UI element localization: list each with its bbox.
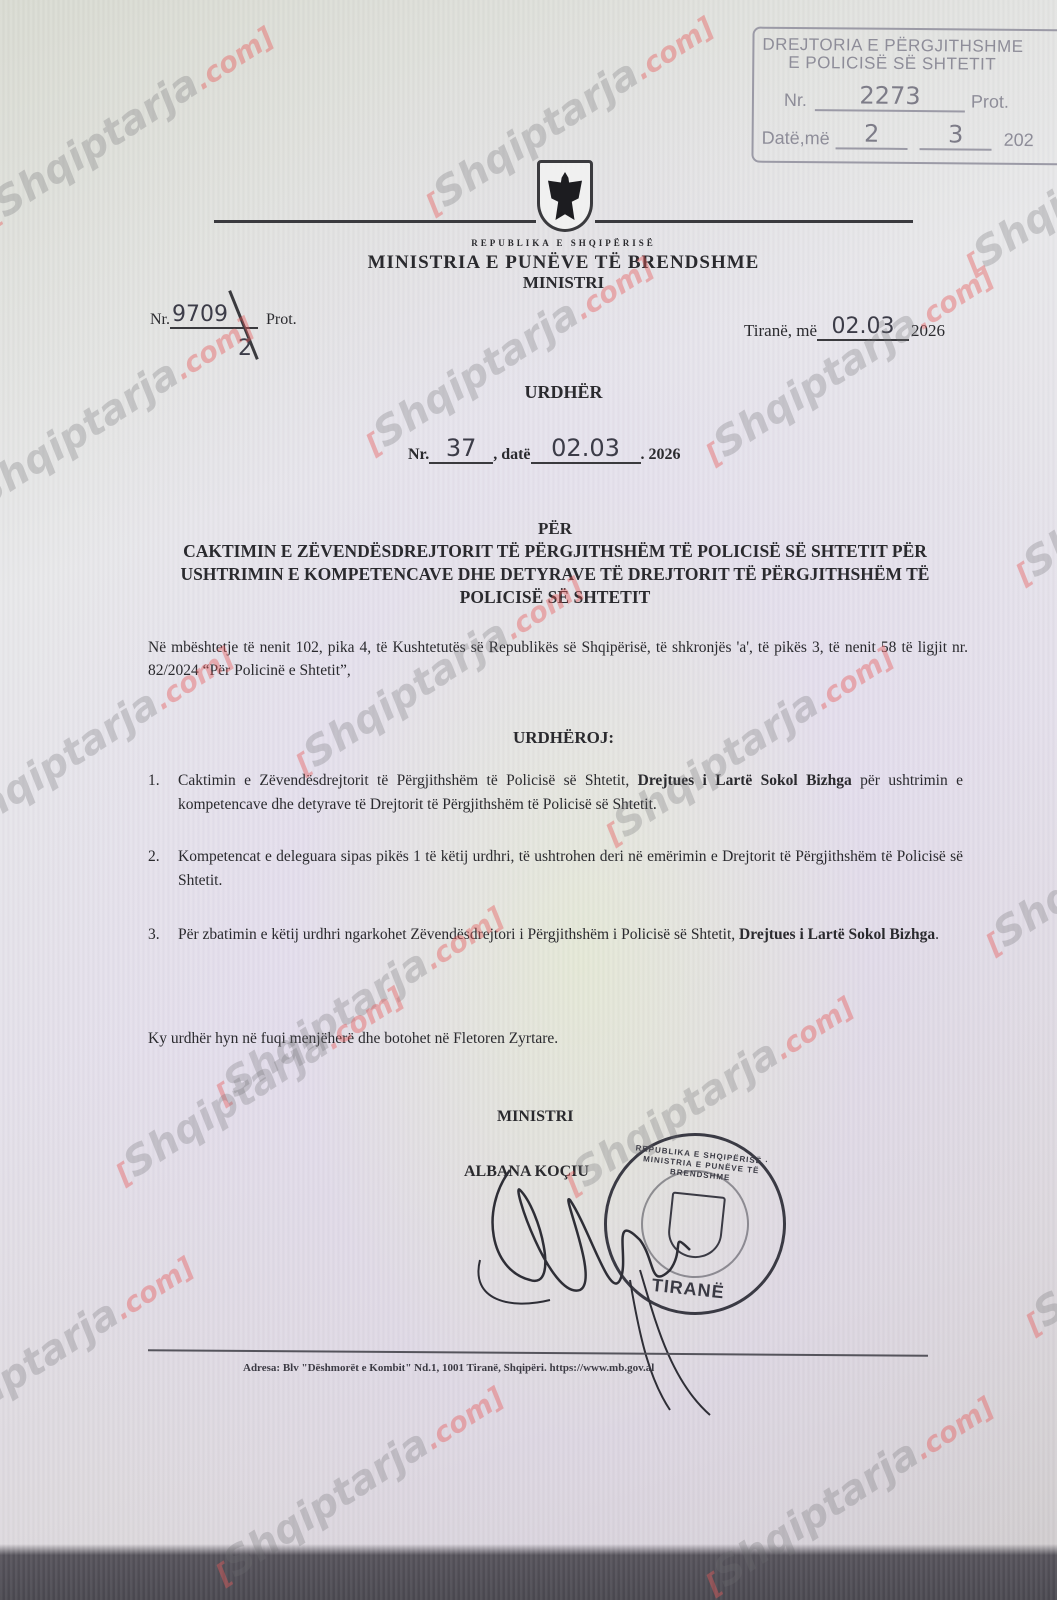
protocol-number: Nr. 9709 2 Prot. (150, 302, 297, 329)
decree-heading: URDHËROJ: (70, 728, 1057, 748)
stamp-date-label: Datë,më (762, 128, 830, 150)
official-seal: REPUBLIKA E SHQIPËRISË · MINISTRIA E PUN… (595, 1124, 795, 1324)
subject-text: CAKTIMIN E ZËVENDËSDREJTORIT TË PËRGJITH… (150, 540, 960, 609)
protocol-nr-sub: 2 (238, 336, 252, 361)
point-text-bold: Drejtues i Lartë Sokol Bizhga (739, 926, 935, 943)
decree-point: 3. Për zbatimin e këtij urdhri ngarkohet… (148, 923, 963, 947)
order-date-label: , datë (493, 446, 530, 464)
point-text-pre: Për zbatimin e këtij urdhri ngarkohet Zë… (178, 926, 739, 943)
stamp-nr-value: 2273 (815, 81, 965, 112)
decree-point: 1. Caktimin e Zëvendësdrejtorit të Përgj… (148, 769, 963, 817)
watermark: [Shqiptarja.com] (1015, 1122, 1057, 1344)
stamp-date-month: 3 (920, 120, 992, 151)
albanian-eagle-emblem-icon (537, 160, 593, 232)
point-text-pre: Caktimin e Zëvendësdrejtorit të Përgjith… (178, 772, 638, 789)
protocol-nr-label: Nr. (150, 311, 170, 329)
office-name: MINISTRI (70, 273, 1057, 293)
point-text-pre: Kompetencat e deleguara sipas pikës 1 të… (178, 848, 963, 889)
closing-statement: Ky urdhër hyn në fuqi menjëherë dhe boto… (148, 1030, 558, 1048)
stamp-date-day: 2 (836, 119, 908, 150)
watermark: [Shqiptarja.com] (0, 1242, 201, 1464)
stamp-nr-row: Nr. 2273 Prot. (762, 81, 1057, 114)
watermark: [Shqiptarja.com] (0, 302, 261, 524)
subject-per: PËR (150, 517, 960, 540)
received-stamp: DREJTORIA E PËRGJITHSHME E POLICISË SË S… (751, 27, 1057, 166)
watermark: [Shqiptarja.com] (205, 1372, 512, 1594)
watermark: [Shqiptarja.com] (105, 972, 412, 1194)
place-date-value: 02.03 (817, 314, 909, 341)
signatory-name: ALBANA KOÇIU (464, 1163, 589, 1181)
order-nr-value: 37 (429, 434, 493, 464)
watermark: [Shqiptarja.com] (695, 1382, 1002, 1600)
order-date-value: 02.03 (531, 434, 641, 464)
point-number: 2. (148, 845, 178, 893)
point-number: 1. (148, 769, 178, 817)
decree-points: 1. Caktimin e Zëvendësdrejtorit të Përgj… (148, 769, 963, 977)
stamp-prot-label: Prot. (971, 92, 1009, 113)
place-date-year: 2026 (911, 321, 945, 341)
watermark: [Shqiptarja.com] (0, 12, 281, 234)
eagle-icon (548, 172, 582, 220)
point-text: Kompetencat e deleguara sipas pikës 1 të… (178, 845, 963, 893)
footer-address: Adresa: Blv "Dëshmorët e Kombit" Nd.1, 1… (243, 1362, 654, 1374)
stamp-date-year: 202 (1004, 130, 1034, 151)
footer-divider (148, 1349, 928, 1356)
ministry-name: MINISTRIA E PUNËVE TË BRENDSHME (70, 252, 1057, 274)
point-text-bold: Drejtues i Lartë Sokol Bizhga (638, 772, 852, 789)
decree-point: 2. Kompetencat e deleguara sipas pikës 1… (148, 845, 963, 893)
point-text: Caktimin e Zëvendësdrejtorit të Përgjith… (178, 769, 963, 817)
order-number: Nr. 37 , datë 02.03 . 2026 (408, 434, 681, 464)
place-date: Tiranë, më 02.03 2026 (744, 314, 945, 341)
point-text-post: . (935, 926, 939, 943)
point-text: Për zbatimin e këtij urdhri ngarkohet Zë… (178, 923, 939, 947)
watermark: [Shqiptarja.com] (1005, 372, 1057, 594)
header-divider-left (214, 220, 536, 223)
protocol-prot-label: Prot. (266, 311, 297, 329)
order-nr-label: Nr. (408, 446, 429, 464)
order-year: . 2026 (641, 446, 681, 464)
stamp-date-row: Datë,më 2 3 202 (762, 119, 1057, 152)
point-number: 3. (148, 923, 178, 947)
watermark: [Shqiptarja.com] (975, 742, 1057, 964)
header-divider-right (595, 220, 913, 223)
signatory-title: MINISTRI (497, 1108, 573, 1126)
republic-name: REPUBLIKA E SHQIPËRISË (70, 238, 1057, 248)
place-label: Tiranë, më (744, 321, 817, 341)
legal-basis: Në mbështetje të nenit 102, pika 4, të K… (148, 636, 968, 682)
order-subject: PËR CAKTIMIN E ZËVENDËSDREJTORIT TË PËRG… (150, 517, 960, 609)
stamp-nr-label: Nr. (784, 90, 807, 111)
order-title: URDHËR (70, 382, 1057, 403)
